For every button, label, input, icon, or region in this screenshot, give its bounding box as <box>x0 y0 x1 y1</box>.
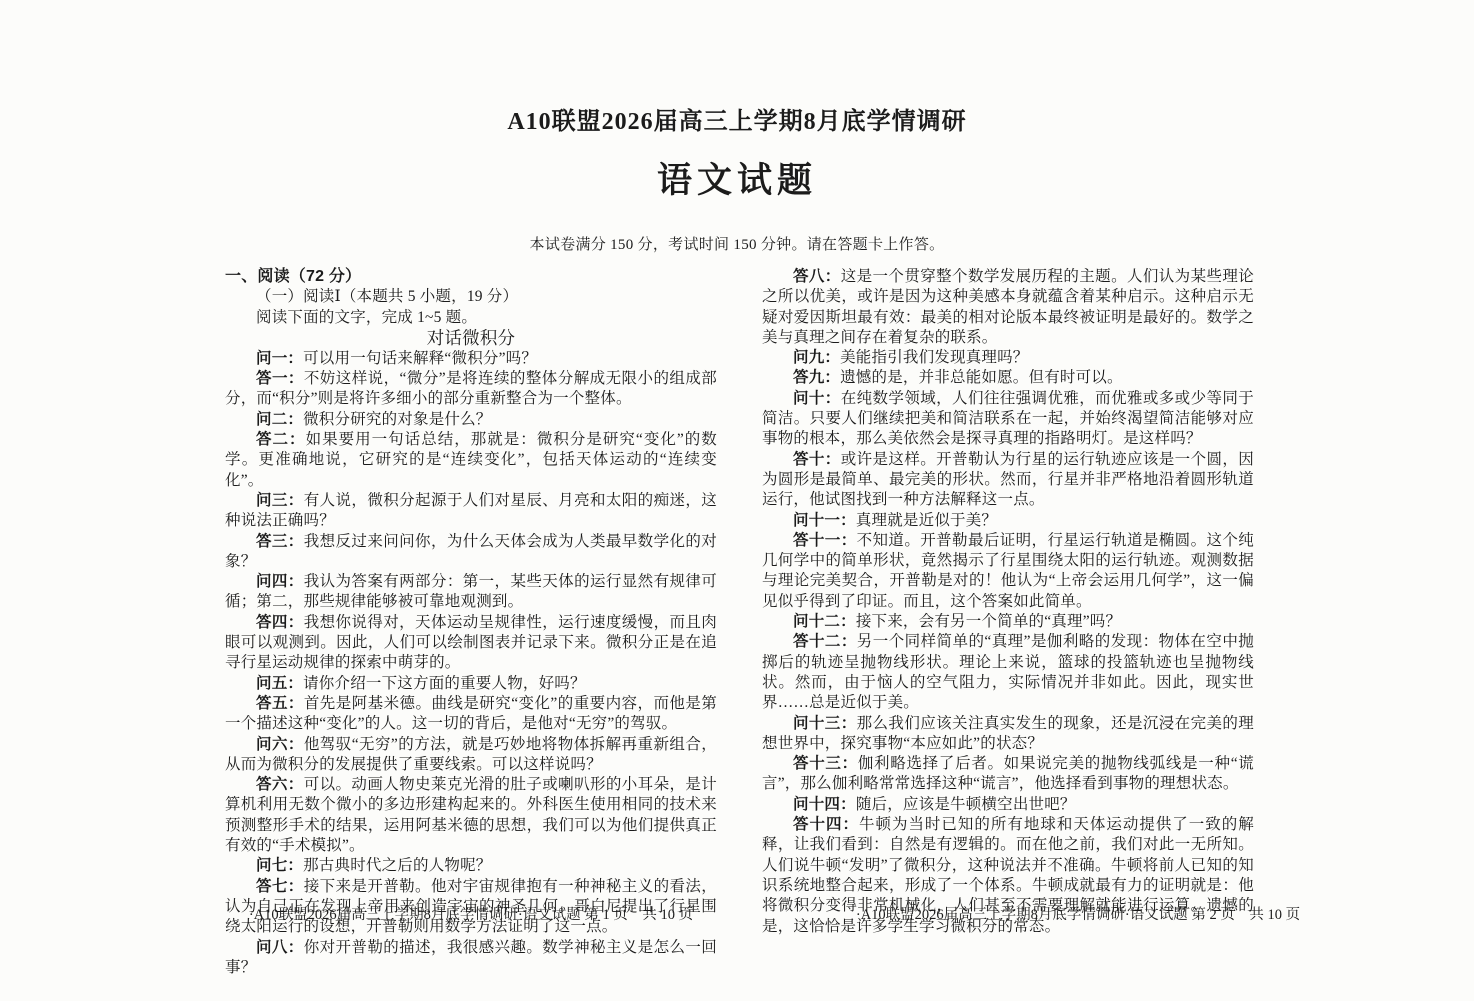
qa-text: （一）阅读Ⅰ（本题共 5 小题，19 分） <box>256 288 518 305</box>
qa-label: 问三： <box>256 492 304 509</box>
qa-label: 答十： <box>793 451 841 468</box>
paragraph: 问三：有人说，微积分起源于人们对星辰、月亮和太阳的痴迷，这种说法正确吗？ <box>225 491 717 532</box>
qa-label: 问十二： <box>793 613 856 630</box>
qa-label: 问七： <box>256 857 303 874</box>
paragraph: 问十四：随后，应该是牛顿横空出世吧？ <box>762 795 1254 815</box>
subject-title: 语文试题 <box>0 153 1474 203</box>
paragraph: 问十一：真理就是近似于美？ <box>762 511 1254 531</box>
paragraph: 答六：可以。动画人物史莱克光滑的肚子或喇叭形的小耳朵，是计算机利用无数个微小的多… <box>225 775 717 856</box>
paragraph: 阅读下面的文字，完成 1~5 题。 <box>225 308 717 328</box>
paragraph: 问一：可以用一句话来解释“微积分”吗？ <box>225 349 717 369</box>
paragraph: 答十一：不知道。开普勒最后证明，行星运行轨道是椭圆。这个纯几何学中的简单形状，竟… <box>762 531 1254 612</box>
qa-label: 问一： <box>256 350 303 367</box>
page-1-blocks: 一、阅读（72 分） （一）阅读Ⅰ（本题共 5 小题，19 分） 阅读下面的文字… <box>225 267 717 978</box>
qa-label: 答十四： <box>793 816 859 833</box>
qa-label: 问十： <box>793 390 841 407</box>
paragraph: 答十：或许是这样。开普勒认为行星的运行轨迹应该是一个圆，因为圆形是最简单、最完美… <box>762 450 1254 511</box>
paragraph: 问九：美能指引我们发现真理吗？ <box>762 348 1254 368</box>
qa-label: 答六： <box>256 776 304 793</box>
exam-paper: A10联盟2026届高三上学期8月底学情调研 语文试题 本试卷满分 150 分，… <box>0 0 1474 1001</box>
page-1-column: 一、阅读（72 分） （一）阅读Ⅰ（本题共 5 小题，19 分） 阅读下面的文字… <box>225 267 717 957</box>
exam-session-title: A10联盟2026届高三上学期8月底学情调研 <box>0 101 1474 136</box>
qa-text: 那古典时代之后的人物呢？ <box>303 857 491 874</box>
page-2-blocks: 答八：这是一个贯穿整个数学发展历程的主题。人们认为某些理论之所以优美，或许是因为… <box>762 267 1254 937</box>
qa-text: 微积分研究的对象是什么？ <box>303 411 491 428</box>
qa-label: 问六： <box>256 736 304 753</box>
qa-text: 可以用一句话来解释“微积分”吗？ <box>303 350 537 367</box>
page-1-footer: ·A10联盟2026届高三上学期8月底学情调研·语文试题 第 1 页 共 10 … <box>225 903 717 924</box>
qa-label: 答四： <box>256 614 304 631</box>
qa-text: 接下来，会有另一个简单的“真理”吗？ <box>856 613 1121 630</box>
qa-label: 问九： <box>793 349 840 366</box>
paragraph: 问四：我认为答案有两部分：第一，某些天体的运行显然有规律可循；第二，那些规律能够… <box>225 572 717 613</box>
qa-label: 问八： <box>256 939 304 956</box>
qa-label: 答七： <box>256 878 304 895</box>
paragraph: 答八：这是一个贯穿整个数学发展历程的主题。人们认为某些理论之所以优美，或许是因为… <box>762 267 1254 348</box>
qa-label: 答五： <box>256 695 304 712</box>
paragraph: 问五：请你介绍一下这方面的重要人物，好吗？ <box>225 674 717 694</box>
qa-text: 美能指引我们发现真理吗？ <box>840 349 1028 366</box>
qa-label: 问四： <box>256 573 304 590</box>
qa-label: 问十三： <box>793 715 857 732</box>
paragraph: 答十二：另一个同样简单的“真理”是伽利略的发现：物体在空中抛掷后的轨迹呈抛物线形… <box>762 632 1254 713</box>
paragraph: 问二：微积分研究的对象是什么？ <box>225 410 717 430</box>
paragraph: 问十三：那么我们应该关注真实发生的现象，还是沉浸在完美的理想世界中，探究事物“本… <box>762 714 1254 755</box>
qa-label: 答十一： <box>793 532 857 549</box>
paragraph: 答五：首先是阿基米德。曲线是研究“变化”的重要内容，而他是第一个描述这种“变化”… <box>225 694 717 735</box>
paragraph: 答三：我想反过来问问你，为什么天体会成为人类最早数学化的对象？ <box>225 532 717 573</box>
exam-header: A10联盟2026届高三上学期8月底学情调研 语文试题 本试卷满分 150 分，… <box>0 0 1474 254</box>
paragraph: 问十：在纯数学领域，人们往往强调优雅，而优雅或多或少等同于简洁。只要人们继续把美… <box>762 389 1254 450</box>
qa-text: 请你介绍一下这方面的重要人物，好吗？ <box>303 675 586 692</box>
paragraph: 问十二：接下来，会有另一个简单的“真理”吗？ <box>762 612 1254 632</box>
paragraph: 答十三：伽利略选择了后者。如果说完美的抛物线弧线是一种“谎言”，那么伽利略常常选… <box>762 754 1254 795</box>
qa-label: 问二： <box>256 411 303 428</box>
page-2-column: 答八：这是一个贯穿整个数学发展历程的主题。人们认为某些理论之所以优美，或许是因为… <box>762 267 1254 957</box>
qa-label: 答八： <box>793 268 841 285</box>
paragraph: 对话微积分 <box>225 328 717 349</box>
qa-label: 答二： <box>256 431 306 448</box>
qa-label: 答三： <box>256 533 304 550</box>
paragraph: 答九：遗憾的是，并非总能如愿。但有时可以。 <box>762 368 1254 388</box>
qa-text: 真理就是近似于美？ <box>856 512 997 529</box>
qa-text: 阅读下面的文字，完成 1~5 题。 <box>256 309 477 326</box>
qa-text: 遗憾的是，并非总能如愿。但有时可以。 <box>840 369 1123 386</box>
exam-instructions: 本试卷满分 150 分，考试时间 150 分钟。请在答题卡上作答。 <box>0 233 1474 254</box>
qa-text: 对话微积分 <box>427 328 516 348</box>
qa-label: 答十三： <box>793 755 858 772</box>
qa-label: 问五： <box>256 675 303 692</box>
paragraph: （一）阅读Ⅰ（本题共 5 小题，19 分） <box>225 287 717 307</box>
paragraph: 问六：他驾驭“无穷”的方法，就是巧妙地将物体拆解再重新组合，从而为微积分的发展提… <box>225 735 717 776</box>
paragraph: 一、阅读（72 分） <box>225 267 717 287</box>
qa-label: 答一： <box>256 370 304 387</box>
paragraph: 答二：如果要用一句话总结，那就是：微积分是研究“变化”的数学。更准确地说，它研究… <box>225 430 717 491</box>
qa-label: 答十二： <box>793 633 857 650</box>
qa-label: 问十一： <box>793 512 856 529</box>
page-2-footer: ·A10联盟2026届高三上学期8月底学情调研·语文试题 第 2 页 共 10 … <box>832 903 1324 924</box>
qa-text: 一、阅读（72 分） <box>225 268 361 285</box>
qa-text: 随后，应该是牛顿横空出世吧？ <box>856 796 1076 813</box>
paragraph: 问八：你对开普勒的描述，我很感兴趣。数学神秘主义是怎么一回事？ <box>225 938 717 979</box>
paragraph: 答一：不妨这样说，“微分”是将连续的整体分解成无限小的组成部分，而“积分”则是将… <box>225 369 717 410</box>
qa-label: 问十四： <box>793 796 856 813</box>
paragraph: 答四：我想你说得对，天体运动呈规律性，运行速度缓慢，而且肉眼可以观测到。因此，人… <box>225 613 717 674</box>
qa-label: 答九： <box>793 369 840 386</box>
paragraph: 问七：那古典时代之后的人物呢？ <box>225 856 717 876</box>
